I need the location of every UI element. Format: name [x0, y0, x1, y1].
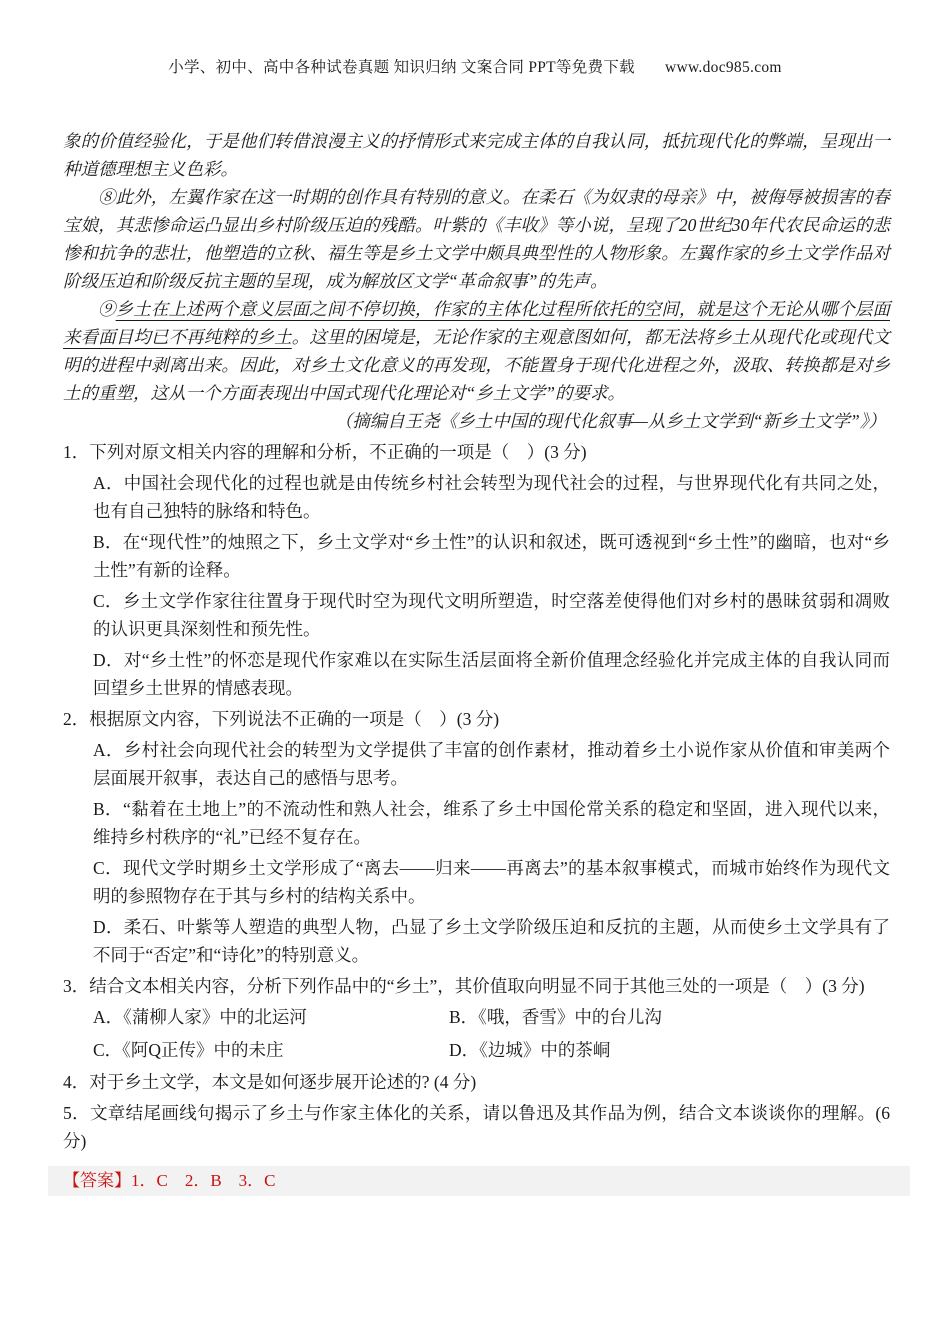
source-citation: （摘编自王尧《乡土中国的现代化叙事—从乡土文学到“新乡土文学”》） — [63, 407, 890, 435]
page-header: 小学、初中、高中各种试卷真题 知识归纳 文案合同 PPT等免费下载www.doc… — [0, 55, 950, 77]
question-3-option-a: A．《蒲柳人家》中的北运河 — [93, 1003, 449, 1031]
question-1-option-d: D．对“乡土性”的怀恋是现代作家难以在实际生活层面将全新价值理念经验化并完成主体… — [63, 646, 890, 702]
question-2-option-a: A．乡村社会向现代社会的转型为文学提供了丰富的创作素材，推动着乡土小说作家从价值… — [63, 736, 890, 792]
question-3-options: A．《蒲柳人家》中的北运河 B．《哦，香雪》中的台儿沟 C．《阿Q正传》中的未庄… — [63, 1003, 890, 1064]
question-1: 1．下列对原文相关内容的理解和分析，不正确的一项是（ ）(3 分) A．中国社会… — [63, 438, 890, 702]
paragraph-9-marker: ⑨ — [98, 299, 116, 319]
passage-paragraph-9: ⑨乡土在上述两个意义层面之间不停切换，作家的主体化过程所依托的空间，就是这个无论… — [63, 295, 890, 407]
question-2-option-b: B．“黏着在土地上”的不流动性和熟人社会，维系了乡土中国伦常关系的稳定和坚固，进… — [63, 795, 890, 851]
question-3: 3．结合文本相关内容，分析下列作品中的“乡土”，其价值取向明显不同于其他三处的一… — [63, 972, 890, 1064]
document-content: 象的价值经验化，于是他们转借浪漫主义的抒情形式来完成主体的自我认同，抵抗现代化的… — [63, 127, 890, 1196]
question-3-stem: 3．结合文本相关内容，分析下列作品中的“乡土”，其价值取向明显不同于其他三处的一… — [63, 972, 890, 1000]
answer-bar: 【答案】1．C 2．B 3．C — [48, 1166, 910, 1196]
answer-label: 【答案】 — [63, 1171, 131, 1190]
question-1-stem: 1．下列对原文相关内容的理解和分析，不正确的一项是（ ）(3 分) — [63, 438, 890, 466]
question-2-option-c: C．现代文学时期乡土文学形成了“离去——归来——再离去”的基本叙事模式，而城市始… — [63, 854, 890, 910]
question-5-stem: 5．文章结尾画线句揭示了乡土与作家主体化的关系，请以鲁迅及其作品为例，结合文本谈… — [63, 1099, 890, 1155]
question-4-stem: 4．对于乡土文学，本文是如何逐步展开论述的? (4 分) — [63, 1068, 890, 1096]
passage-paragraph-8: ⑧此外，左翼作家在这一时期的创作具有特别的意义。在柔石《为奴隶的母亲》中，被侮辱… — [63, 183, 890, 295]
question-2-stem: 2．根据原文内容，下列说法不正确的一项是（ ）(3 分) — [63, 705, 890, 733]
question-3-option-d: D．《边城》中的茶峒 — [449, 1036, 890, 1064]
question-1-option-b: B．在“现代性”的烛照之下，乡土文学对“乡土性”的认识和叙述，既可透视到“乡土性… — [63, 528, 890, 584]
question-1-option-c: C．乡土文学作家往往置身于现代时空为现代文明所塑造，时空落差使得他们对乡村的愚昧… — [63, 587, 890, 643]
header-url: www.doc985.com — [665, 59, 782, 76]
question-3-option-b: B．《哦，香雪》中的台儿沟 — [449, 1003, 890, 1031]
header-text: 小学、初中、高中各种试卷真题 知识归纳 文案合同 PPT等免费下载 — [168, 59, 635, 76]
question-2: 2．根据原文内容，下列说法不正确的一项是（ ）(3 分) A．乡村社会向现代社会… — [63, 705, 890, 969]
question-1-option-a: A．中国社会现代化的过程也就是由传统乡村社会转型为现代社会的过程，与世界现代化有… — [63, 469, 890, 525]
question-3-option-c: C．《阿Q正传》中的未庄 — [93, 1036, 449, 1064]
question-2-option-d: D．柔石、叶紫等人塑造的典型人物，凸显了乡土文学阶级压迫和反抗的主题，从而使乡土… — [63, 913, 890, 969]
passage-paragraph-7-continuation: 象的价值经验化，于是他们转借浪漫主义的抒情形式来完成主体的自我认同，抵抗现代化的… — [63, 127, 890, 183]
answer-text: 1．C 2．B 3．C — [131, 1171, 276, 1190]
document-page: 小学、初中、高中各种试卷真题 知识归纳 文案合同 PPT等免费下载www.doc… — [0, 0, 950, 1344]
